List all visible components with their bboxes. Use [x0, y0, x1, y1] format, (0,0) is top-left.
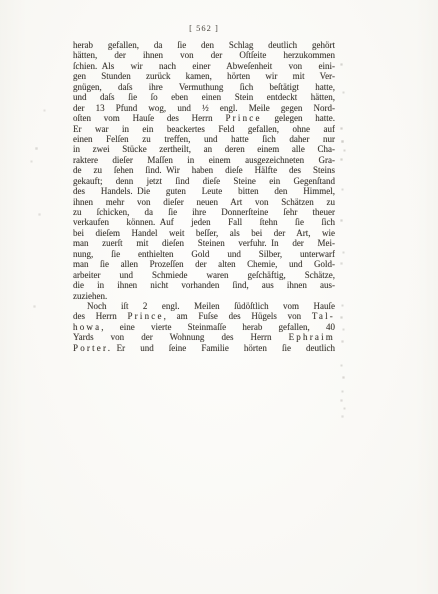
text-segment: ſchien. Als wir nach einer Abweſenheit v… — [73, 61, 335, 71]
text-line: raktere dieſer Maſſen in einem ausgezeic… — [73, 155, 335, 165]
text-segment: Yards von der Wohnung des Herrn — [73, 332, 289, 342]
text-line: hätten, der ihnen von der Oſtſeite herzu… — [73, 50, 335, 60]
text-segment: raktere dieſer Maſſen in einem ausgezeic… — [73, 155, 335, 165]
text-line: der 13 Pfund wog, und ½ engl. Meile gege… — [73, 103, 335, 113]
letterspaced-proper-name: Tal- — [312, 311, 335, 321]
text-line: herab gefallen, da ſie den Schlag deutli… — [73, 40, 335, 50]
text-segment: , eine vierte Steinmaſſe herab gefallen,… — [101, 322, 335, 332]
text-segment: arbeiter und Schmiede waren geſchäftig, … — [73, 270, 335, 280]
text-line: Porter. Er und ſeine Familie hörten ſie … — [73, 343, 335, 353]
text-line: ihnen mehr von dieſer neuen Art von Schä… — [73, 197, 335, 207]
letterspaced-proper-name: Prince — [127, 311, 163, 321]
text-line: man ſie allen Prozeſſen der alten Chemie… — [73, 259, 335, 269]
text-segment: hätten, der ihnen von der Oſtſeite herzu… — [73, 50, 335, 60]
text-segment: gekauft; denn jetzt ſind dieſe Steine ei… — [73, 176, 335, 186]
text-segment: , am Fuſse des Hügels von — [164, 311, 312, 321]
text-line: in zwei Stücke zertheilt, an deren einem… — [73, 144, 335, 154]
text-segment: des Handels. Die guten Leute bitten den … — [73, 186, 335, 196]
text-line: zu ſchicken, da ſie ihre Donnerſteine ſe… — [73, 207, 335, 217]
scanned-book-page: [ 562 ] herab gefallen, da ſie den Schla… — [0, 0, 438, 594]
text-line: Yards von der Wohnung des Herrn Ephraim — [73, 332, 335, 342]
text-line: howa, eine vierte Steinmaſſe herab gefal… — [73, 322, 335, 332]
text-line: und daſs ſie ſo eben einen Stein entdeck… — [73, 92, 335, 102]
text-segment: bei dieſem Handel weit beſſer, als bei d… — [73, 228, 335, 238]
text-segment: man ſie allen Prozeſſen der alten Chemie… — [73, 259, 335, 269]
text-segment: Er und ſeine Familie hörten ſie deutlich — [112, 343, 335, 353]
text-segment: zuziehen. — [73, 291, 107, 301]
text-line: oſten vom Hauſe des Herrn Prince gelegen… — [73, 113, 335, 123]
text-line: gnügen, daſs ihre Vermuthung ſich beſtät… — [73, 82, 335, 92]
scan-noise-specks — [0, 0, 1, 1]
text-segment: die in ihnen nicht vorhanden ſind, aus i… — [73, 280, 335, 290]
text-segment: Er war in ein beackertes Feld gefallen, … — [73, 124, 335, 134]
letterspaced-proper-name: Prince — [225, 113, 261, 123]
text-line: ſchien. Als wir nach einer Abweſenheit v… — [73, 61, 335, 71]
text-line: zuziehen. — [73, 291, 335, 301]
text-segment: gnügen, daſs ihre Vermuthung ſich beſtät… — [73, 82, 335, 92]
text-segment: nung, ſie enthielten Gold und Silber, un… — [73, 249, 335, 259]
text-line: Er war in ein beackertes Feld gefallen, … — [73, 124, 335, 134]
text-line: des Handels. Die guten Leute bitten den … — [73, 186, 335, 196]
text-segment: gelegen hatte. — [262, 113, 335, 123]
text-segment: zu ſchicken, da ſie ihre Donnerſteine ſe… — [73, 207, 335, 217]
text-block: herab gefallen, da ſie den Schlag deutli… — [73, 40, 335, 353]
text-line: bei dieſem Handel weit beſſer, als bei d… — [73, 228, 335, 238]
text-segment: der 13 Pfund wog, und ½ engl. Meile gege… — [73, 103, 335, 113]
text-line: man zuerſt mit dieſen Steinen verfuhr. I… — [73, 238, 335, 248]
text-segment: des Herrn — [73, 311, 127, 321]
letterspaced-proper-name: Porter. — [73, 343, 112, 353]
text-segment: ihnen mehr von dieſer neuen Art von Schä… — [73, 197, 335, 207]
letterspaced-proper-name: howa — [73, 322, 101, 332]
text-segment: de zu ſehen ſind. Wir haben dieſe Hälfte… — [73, 165, 335, 175]
text-segment: in zwei Stücke zertheilt, an deren einem… — [73, 144, 335, 154]
text-line: arbeiter und Schmiede waren geſchäftig, … — [73, 270, 335, 280]
text-line: des Herrn Prince, am Fuſse des Hügels vo… — [73, 311, 335, 321]
text-segment: Noch iſt 2 engl. Meilen ſüdöſtlich vom H… — [87, 301, 335, 311]
letterspaced-proper-name: Ephraim — [289, 332, 335, 342]
text-line: einen Felſen zu treffen, und hatte ſich … — [73, 134, 335, 144]
text-segment: einen Felſen zu treffen, und hatte ſich … — [73, 134, 335, 144]
text-line: verkaufen können. Auf jeden Fall ſtehn ſ… — [73, 217, 335, 227]
text-line: gekauft; denn jetzt ſind dieſe Steine ei… — [73, 176, 335, 186]
text-segment: verkaufen können. Auf jeden Fall ſtehn ſ… — [73, 217, 335, 227]
text-line: Noch iſt 2 engl. Meilen ſüdöſtlich vom H… — [73, 301, 335, 311]
text-segment: herab gefallen, da ſie den Schlag deutli… — [73, 40, 335, 50]
text-line: de zu ſehen ſind. Wir haben dieſe Hälfte… — [73, 165, 335, 175]
text-segment: und daſs ſie ſo eben einen Stein entdeck… — [73, 92, 335, 102]
text-segment: man zuerſt mit dieſen Steinen verfuhr. I… — [73, 238, 335, 248]
text-segment: gen Stunden zurück kamen, hörten wir mit… — [73, 71, 335, 81]
text-segment: oſten vom Hauſe des Herrn — [73, 113, 225, 123]
text-line: die in ihnen nicht vorhanden ſind, aus i… — [73, 280, 335, 290]
text-line: nung, ſie enthielten Gold und Silber, un… — [73, 249, 335, 259]
page-number: [ 562 ] — [73, 23, 335, 33]
text-line: gen Stunden zurück kamen, hörten wir mit… — [73, 71, 335, 81]
